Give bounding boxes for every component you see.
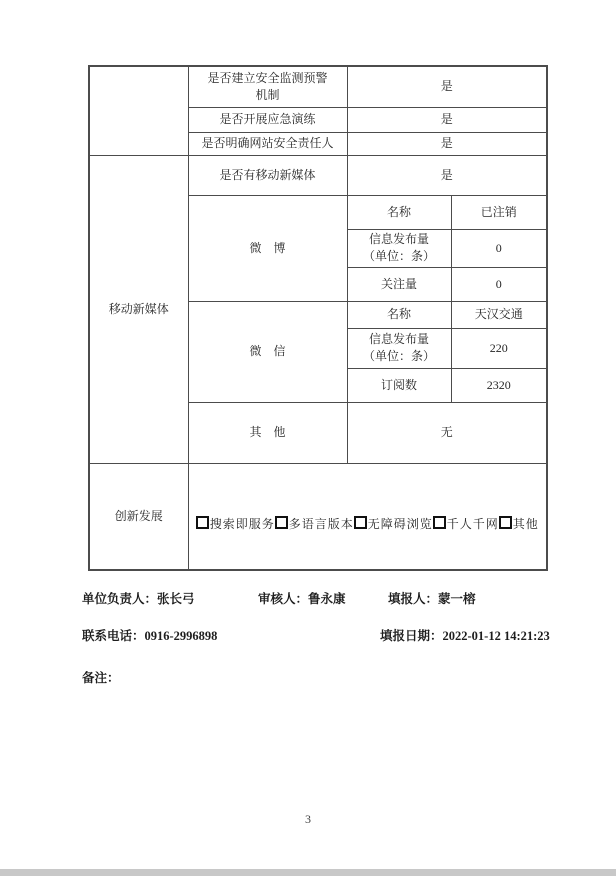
innovation-option: 无障碍浏览 bbox=[354, 516, 433, 533]
weibo-field-value: 0 bbox=[451, 267, 547, 301]
filler-value: 蒙一榕 bbox=[438, 592, 476, 606]
innovation-option: 搜索即服务 bbox=[196, 516, 275, 533]
checkbox-label: 千人千网 bbox=[447, 517, 499, 531]
innovation-options-cell: 搜索即服务多语言版本无障碍浏览千人千网其他 bbox=[188, 463, 547, 570]
filler-field: 填报人：蒙一榕 bbox=[388, 589, 476, 607]
security-answer: 是 bbox=[347, 108, 547, 133]
security-question-label: 是否明确网站安全责任人 bbox=[188, 133, 347, 156]
wechat-section-label: 微 信 bbox=[188, 301, 347, 402]
section-innovation: 创新发展 bbox=[89, 463, 188, 570]
checkbox-icon bbox=[354, 516, 367, 529]
wechat-field-label: 名称 bbox=[347, 301, 451, 328]
weibo-field-label: 关注量 bbox=[347, 267, 451, 301]
wechat-field-value: 天汉交通 bbox=[451, 301, 547, 328]
page-number: 3 bbox=[0, 812, 616, 827]
wechat-field-label: 信息发布量 （单位：条） bbox=[347, 328, 451, 368]
innovation-option: 多语言版本 bbox=[275, 516, 354, 533]
innovation-option: 千人千网 bbox=[433, 516, 499, 533]
reviewer-field: 审核人：鲁永康 bbox=[258, 589, 346, 607]
security-answer: 是 bbox=[347, 66, 547, 108]
checkbox-icon bbox=[499, 516, 512, 529]
remarks-label: 备注： bbox=[82, 671, 120, 685]
phone-value: 0916-2996898 bbox=[145, 629, 218, 643]
other-media-label: 其 他 bbox=[188, 402, 347, 463]
weibo-field-label: 名称 bbox=[347, 196, 451, 230]
reviewer-label: 审核人： bbox=[258, 592, 308, 606]
wechat-field-label: 订阅数 bbox=[347, 368, 451, 402]
section-blank-continuation bbox=[89, 66, 188, 156]
wechat-field-value: 2320 bbox=[451, 368, 547, 402]
weibo-section-label: 微 博 bbox=[188, 196, 347, 302]
has-media-answer: 是 bbox=[347, 156, 547, 196]
security-answer: 是 bbox=[347, 133, 547, 156]
date-label: 填报日期： bbox=[380, 629, 443, 643]
security-question-label: 是否建立安全监测预警 机制 bbox=[188, 66, 347, 108]
filler-label: 填报人： bbox=[388, 592, 438, 606]
date-value: 2022-01-12 14:21:23 bbox=[443, 629, 550, 643]
weibo-field-label: 信息发布量 （单位：条） bbox=[347, 230, 451, 268]
innovation-option: 其他 bbox=[499, 516, 539, 533]
checkbox-icon bbox=[196, 516, 209, 529]
innovation-options: 搜索即服务多语言版本无障碍浏览千人千网其他 bbox=[196, 517, 539, 531]
checkbox-label: 其他 bbox=[513, 517, 539, 531]
weibo-field-value: 已注销 bbox=[451, 196, 547, 230]
document-page: 是否建立安全监测预警 机制 是 是否开展应急演练 是 是否明确网站安全责任人 是… bbox=[0, 0, 616, 876]
checkbox-label: 搜索即服务 bbox=[210, 517, 275, 531]
wechat-field-value: 220 bbox=[451, 328, 547, 368]
report-table: 是否建立安全监测预警 机制 是 是否开展应急演练 是 是否明确网站安全责任人 是… bbox=[88, 65, 548, 571]
weibo-field-value: 0 bbox=[451, 230, 547, 268]
unit-head-field: 单位负责人：张长弓 bbox=[82, 589, 195, 607]
checkbox-icon bbox=[433, 516, 446, 529]
unit-head-label: 单位负责人： bbox=[82, 592, 157, 606]
phone-label: 联系电话： bbox=[82, 629, 145, 643]
date-field: 填报日期：2022-01-12 14:21:23 bbox=[380, 626, 550, 644]
phone-field: 联系电话：0916-2996898 bbox=[82, 626, 217, 644]
has-media-question-label: 是否有移动新媒体 bbox=[188, 156, 347, 196]
reviewer-value: 鲁永康 bbox=[308, 592, 346, 606]
checkbox-label: 无障碍浏览 bbox=[368, 517, 433, 531]
unit-head-value: 张长弓 bbox=[157, 592, 195, 606]
section-mobile-media: 移动新媒体 bbox=[89, 156, 188, 464]
other-media-value: 无 bbox=[347, 402, 547, 463]
checkbox-label: 多语言版本 bbox=[289, 517, 354, 531]
security-question-label: 是否开展应急演练 bbox=[188, 108, 347, 133]
viewer-bottom-edge bbox=[0, 869, 616, 876]
remarks-field: 备注： bbox=[82, 668, 120, 686]
checkbox-icon bbox=[275, 516, 288, 529]
